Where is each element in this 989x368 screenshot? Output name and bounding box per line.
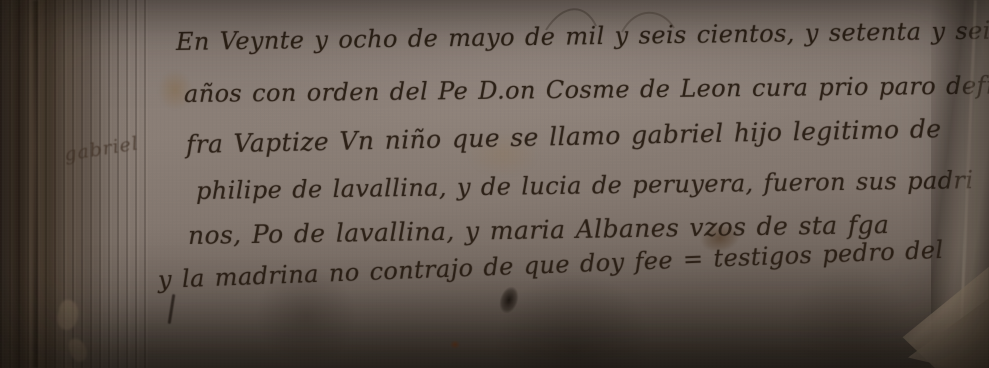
manuscript-line-1: En Veynte y ocho de mayo de mil y seis c… — [176, 16, 989, 56]
manuscript-line-2: años con orden del Pe D.on Cosme de Leon… — [184, 71, 989, 108]
ink-blot-stain — [496, 284, 522, 316]
binding-crease-shadow — [33, 0, 38, 368]
descender-stroke-remnant — [168, 294, 176, 324]
red-speck-stain — [450, 340, 460, 349]
manuscript-line-4: philipe de lavallina, y de lucia de peru… — [196, 166, 974, 205]
manuscript-photo: gabriel En Veynte y ocho de mayo de mil … — [0, 0, 989, 368]
manuscript-line-3: fra Vaptize Vn niño que se llamo gabriel… — [186, 114, 942, 159]
